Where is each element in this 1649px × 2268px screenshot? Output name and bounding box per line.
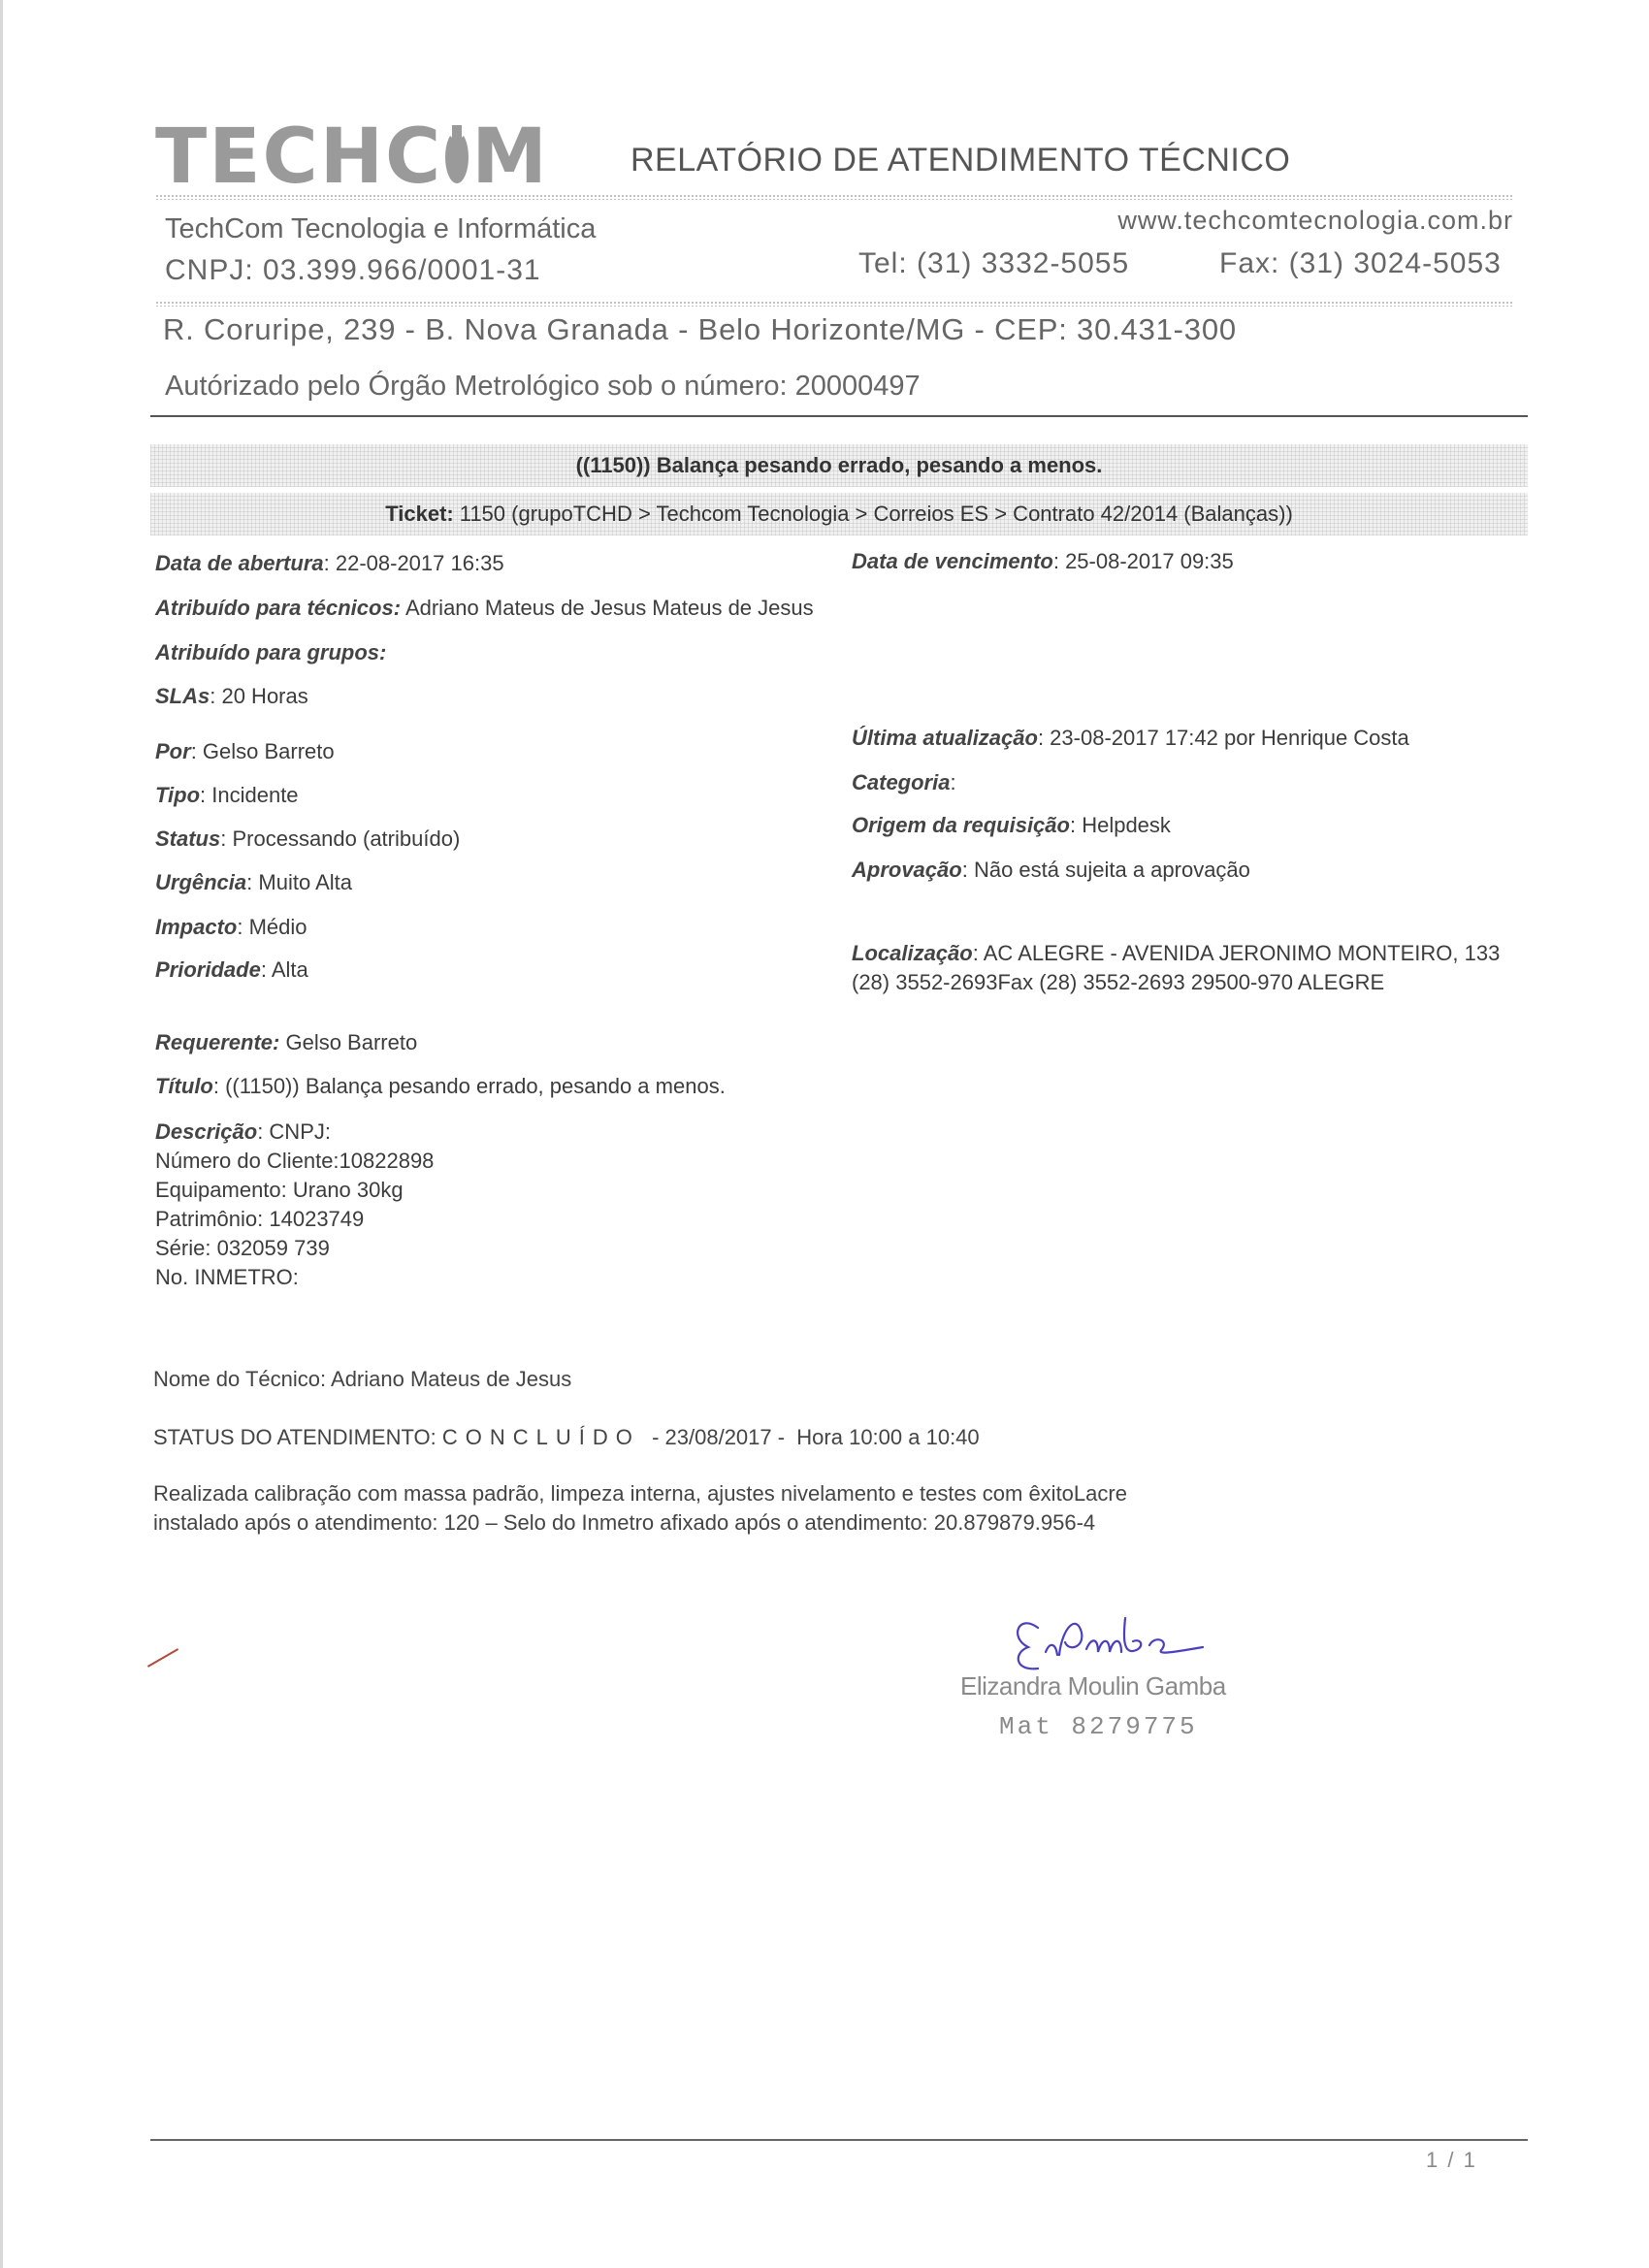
stamp-name: Elizandra Moulin Gamba bbox=[960, 1671, 1226, 1701]
descricao-block: Descrição: CNPJ: Número do Cliente:10822… bbox=[155, 1118, 434, 1292]
metrology-authorization: Autórizado pelo Órgão Metrológico sob o … bbox=[165, 371, 921, 403]
field-atribuido-tecnicos: Atribuído para técnicos: Adriano Mateus … bbox=[155, 596, 814, 621]
company-name: TechCom Tecnologia e Informática bbox=[165, 213, 596, 245]
descricao-line: Série: 032059 739 bbox=[155, 1234, 434, 1263]
field-data-abertura: Data de abertura: 22-08-2017 16:35 bbox=[155, 551, 504, 576]
service-status-value: CONCLUÍDO bbox=[442, 1425, 640, 1449]
field-origem-requisicao: Origem da requisição: Helpdesk bbox=[852, 813, 1171, 838]
field-slas: SLAs: 20 Horas bbox=[155, 684, 308, 709]
power-icon bbox=[445, 131, 469, 183]
descricao-line: No. INMETRO: bbox=[155, 1263, 434, 1292]
ticket-path: 1150 (grupoTCHD > Techcom Tecnologia > C… bbox=[460, 502, 1293, 527]
company-fax: Fax: (31) 3024-5053 bbox=[1219, 247, 1502, 280]
techcom-logo: TECHCM bbox=[155, 118, 543, 196]
descricao-first-line: Descrição: CNPJ: bbox=[155, 1118, 434, 1147]
field-aprovacao: Aprovação: Não está sujeita a aprovação bbox=[852, 858, 1250, 883]
company-website: www.techcomtecnologia.com.br bbox=[1117, 206, 1513, 236]
ticket-path-band: Ticket: 1150 (grupoTCHD > Techcom Tecnol… bbox=[150, 493, 1528, 535]
handwritten-signature bbox=[1009, 1608, 1261, 1676]
field-data-vencimento: Data de vencimento: 25-08-2017 09:35 bbox=[852, 549, 1234, 574]
service-description-line-1: Realizada calibração com massa padrão, l… bbox=[153, 1481, 1127, 1507]
field-categoria: Categoria: bbox=[852, 770, 956, 795]
field-requerente: Requerente: Gelso Barreto bbox=[155, 1030, 417, 1055]
descricao-line: Equipamento: Urano 30kg bbox=[155, 1176, 434, 1205]
field-impacto: Impacto: Médio bbox=[155, 915, 307, 940]
ticket-label: Ticket: bbox=[385, 502, 454, 527]
descricao-line: Patrimônio: 14023749 bbox=[155, 1205, 434, 1234]
pen-mark bbox=[147, 1648, 178, 1668]
service-status-line: STATUS DO ATENDIMENTO: CONCLUÍDO - 23/08… bbox=[153, 1425, 980, 1450]
address-dotted-divider bbox=[155, 301, 1513, 307]
report-title: RELATÓRIO DE ATENDIMENTO TÉCNICO bbox=[630, 142, 1290, 179]
field-por: Por: Gelso Barreto bbox=[155, 739, 335, 764]
page-edge bbox=[0, 0, 3, 2268]
company-cnpj: CNPJ: 03.399.966/0001-31 bbox=[165, 254, 541, 287]
page-number: 1 / 1 bbox=[1426, 2148, 1477, 2173]
company-phone: Tel: (31) 3332-5055 bbox=[858, 247, 1129, 280]
ticket-title: ((1150)) Balança pesando errado, pesando… bbox=[576, 453, 1103, 478]
footer-divider bbox=[150, 2139, 1528, 2141]
ticket-title-band: ((1150)) Balança pesando errado, pesando… bbox=[150, 444, 1528, 487]
field-titulo: Título: ((1150)) Balança pesando errado,… bbox=[155, 1074, 726, 1099]
field-ultima-atualizacao: Última atualização: 23-08-2017 17:42 por… bbox=[852, 726, 1409, 751]
stamp-registration: Mat 8279775 bbox=[999, 1712, 1198, 1741]
company-address: R. Coruripe, 239 - B. Nova Granada - Bel… bbox=[163, 312, 1237, 347]
field-urgencia: Urgência: Muito Alta bbox=[155, 870, 352, 895]
technician-name: Nome do Técnico: Adriano Mateus de Jesus bbox=[153, 1367, 571, 1392]
field-localizacao: Localização: AC ALEGRE - AVENIDA JERONIM… bbox=[852, 939, 1531, 997]
header-dotted-divider bbox=[155, 194, 1513, 200]
field-tipo: Tipo: Incidente bbox=[155, 783, 299, 808]
descricao-line: Número do Cliente:10822898 bbox=[155, 1147, 434, 1176]
field-prioridade: Prioridade: Alta bbox=[155, 957, 308, 983]
field-status: Status: Processando (atribuído) bbox=[155, 826, 460, 852]
field-atribuido-grupos: Atribuído para grupos: bbox=[155, 640, 386, 665]
header-divider bbox=[150, 415, 1528, 417]
service-description-line-2: instalado após o atendimento: 120 – Selo… bbox=[153, 1510, 1095, 1536]
